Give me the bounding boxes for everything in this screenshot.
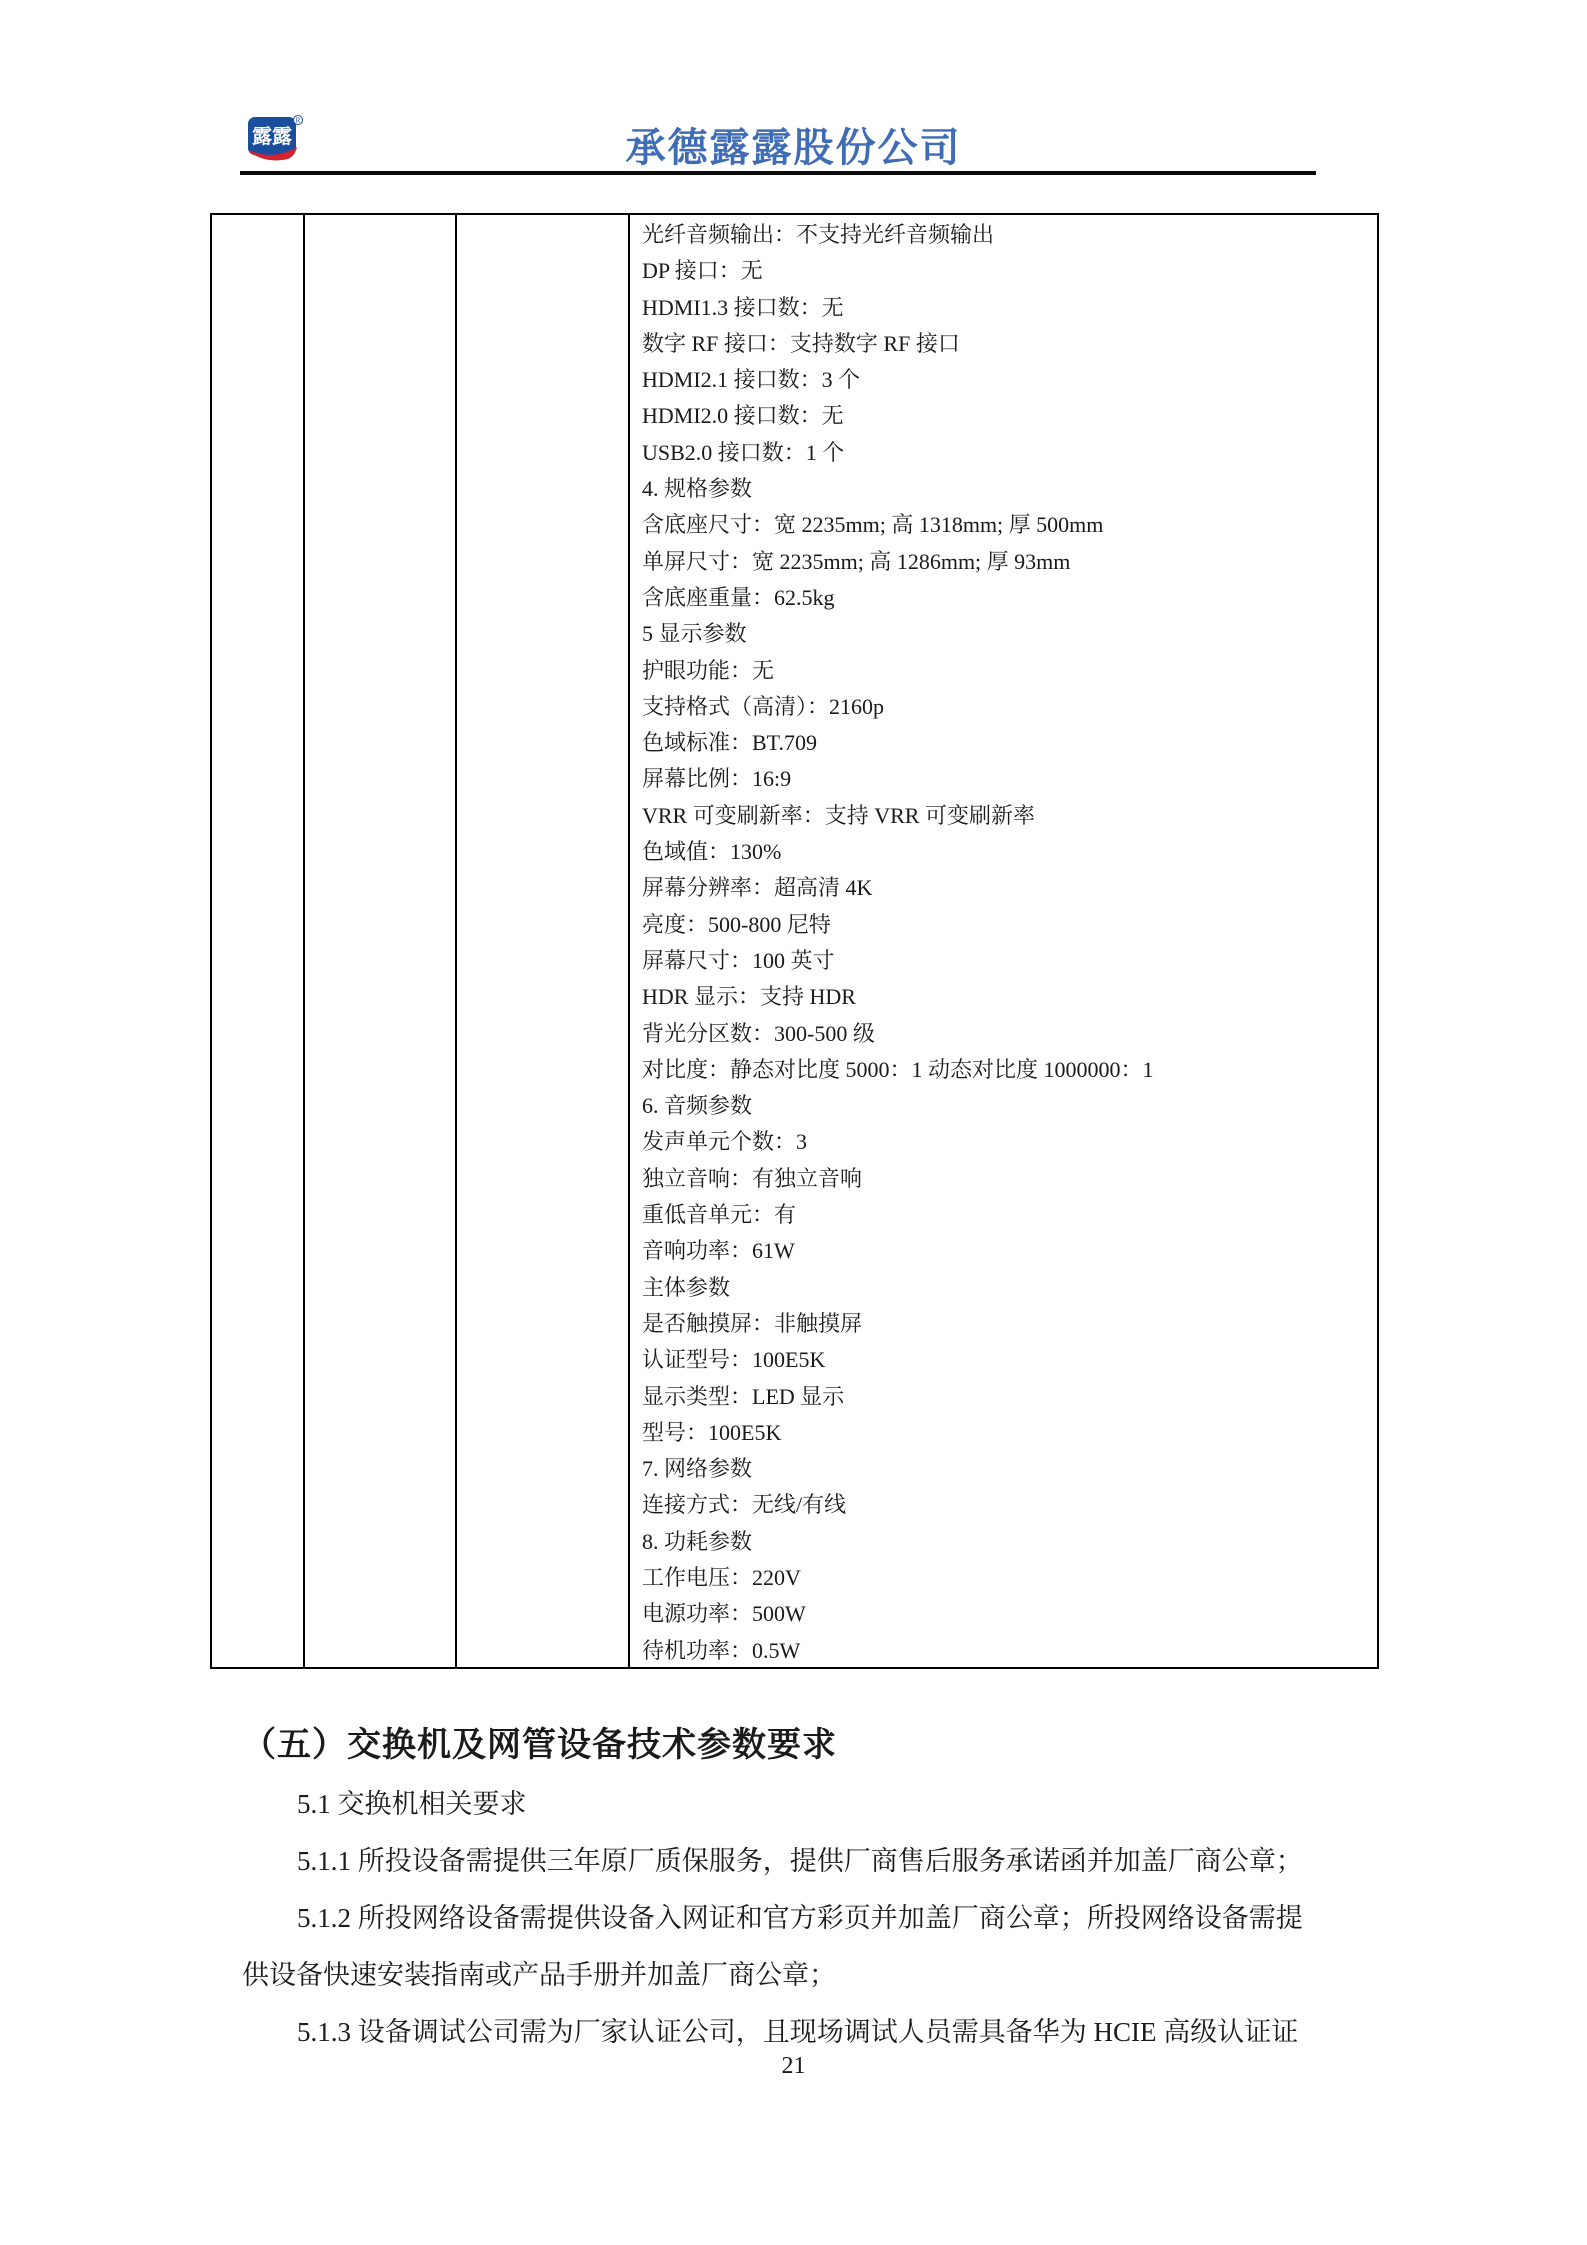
spec-line: 数字 RF 接口：支持数字 RF 接口 <box>642 326 1369 362</box>
spec-table: 光纤音频输出：不支持光纤音频输出DP 接口：无HDMI1.3 接口数：无数字 R… <box>210 213 1379 1669</box>
spec-line: 色域标准：BT.709 <box>642 725 1369 761</box>
spec-line: 认证型号：100E5K <box>642 1342 1369 1378</box>
spec-line: 含底座重量：62.5kg <box>642 580 1369 616</box>
section-heading: （五）交换机及网管设备技术参数要求 <box>242 1720 837 1772</box>
spec-line: 对比度：静态对比度 5000：1 动态对比度 1000000：1 <box>642 1052 1369 1088</box>
spec-line: 重低音单元：有 <box>642 1197 1369 1233</box>
table-column-border-1 <box>303 215 305 1667</box>
spec-cell-content: 光纤音频输出：不支持光纤音频输出DP 接口：无HDMI1.3 接口数：无数字 R… <box>642 217 1369 1669</box>
paragraph-line: 5.1 交换机相关要求 <box>242 1776 1372 1833</box>
spec-line: USB2.0 接口数：1 个 <box>642 435 1369 471</box>
spec-line: VRR 可变刷新率：支持 VRR 可变刷新率 <box>642 798 1369 834</box>
spec-line: 型号：100E5K <box>642 1415 1369 1451</box>
header-rule <box>240 171 1316 175</box>
spec-line: 8. 功耗参数 <box>642 1524 1369 1560</box>
spec-line: 色域值：130% <box>642 834 1369 870</box>
spec-line: 背光分区数：300-500 级 <box>642 1016 1369 1052</box>
spec-line: 屏幕比例：16:9 <box>642 761 1369 797</box>
spec-line: 连接方式：无线/有线 <box>642 1487 1369 1523</box>
company-title: 承德露露股份公司 <box>0 116 1587 173</box>
spec-line: 主体参数 <box>642 1270 1369 1306</box>
spec-line: HDMI2.0 接口数：无 <box>642 398 1369 434</box>
table-column-border-3 <box>628 215 630 1667</box>
spec-line: 含底座尺寸：宽 2235mm; 高 1318mm; 厚 500mm <box>642 507 1369 543</box>
spec-line: 7. 网络参数 <box>642 1451 1369 1487</box>
spec-line: 支持格式（高清）：2160p <box>642 689 1369 725</box>
spec-line: HDMI2.1 接口数：3 个 <box>642 362 1369 398</box>
spec-line: 光纤音频输出：不支持光纤音频输出 <box>642 217 1369 253</box>
spec-line: 4. 规格参数 <box>642 471 1369 507</box>
section-paragraphs: 5.1 交换机相关要求5.1.1 所投设备需提供三年原厂质保服务，提供厂商售后服… <box>242 1776 1372 2061</box>
spec-line: 待机功率：0.5W <box>642 1633 1369 1669</box>
spec-line: 亮度：500-800 尼特 <box>642 907 1369 943</box>
paragraph-line: 5.1.2 所投网络设备需提供设备入网证和官方彩页并加盖厂商公章；所投网络设备需… <box>242 1890 1372 1947</box>
spec-line: 是否触摸屏：非触摸屏 <box>642 1306 1369 1342</box>
spec-line: HDR 显示：支持 HDR <box>642 979 1369 1015</box>
table-column-border-2 <box>455 215 457 1667</box>
spec-line: 音响功率：61W <box>642 1233 1369 1269</box>
spec-line: 5 显示参数 <box>642 616 1369 652</box>
spec-line: 单屏尺寸：宽 2235mm; 高 1286mm; 厚 93mm <box>642 544 1369 580</box>
paragraph-line: 5.1.1 所投设备需提供三年原厂质保服务，提供厂商售后服务承诺函并加盖厂商公章… <box>242 1833 1372 1890</box>
spec-line: 独立音响：有独立音响 <box>642 1161 1369 1197</box>
spec-line: 显示类型：LED 显示 <box>642 1379 1369 1415</box>
spec-line: 6. 音频参数 <box>642 1088 1369 1124</box>
spec-line: 屏幕分辨率：超高清 4K <box>642 870 1369 906</box>
spec-line: 护眼功能：无 <box>642 653 1369 689</box>
spec-line: 电源功率：500W <box>642 1596 1369 1632</box>
spec-line: HDMI1.3 接口数：无 <box>642 290 1369 326</box>
spec-line: 屏幕尺寸：100 英寸 <box>642 943 1369 979</box>
spec-line: DP 接口：无 <box>642 253 1369 289</box>
spec-line: 工作电压：220V <box>642 1560 1369 1596</box>
paragraph-line: 供设备快速安装指南或产品手册并加盖厂商公章； <box>242 1947 1372 2004</box>
spec-line: 发声单元个数：3 <box>642 1124 1369 1160</box>
document-page: 露露 R 承德露露股份公司 光纤音频输出：不支持光纤音频输出DP 接口：无HDM… <box>0 0 1587 2245</box>
page-number: 21 <box>0 2050 1587 2082</box>
